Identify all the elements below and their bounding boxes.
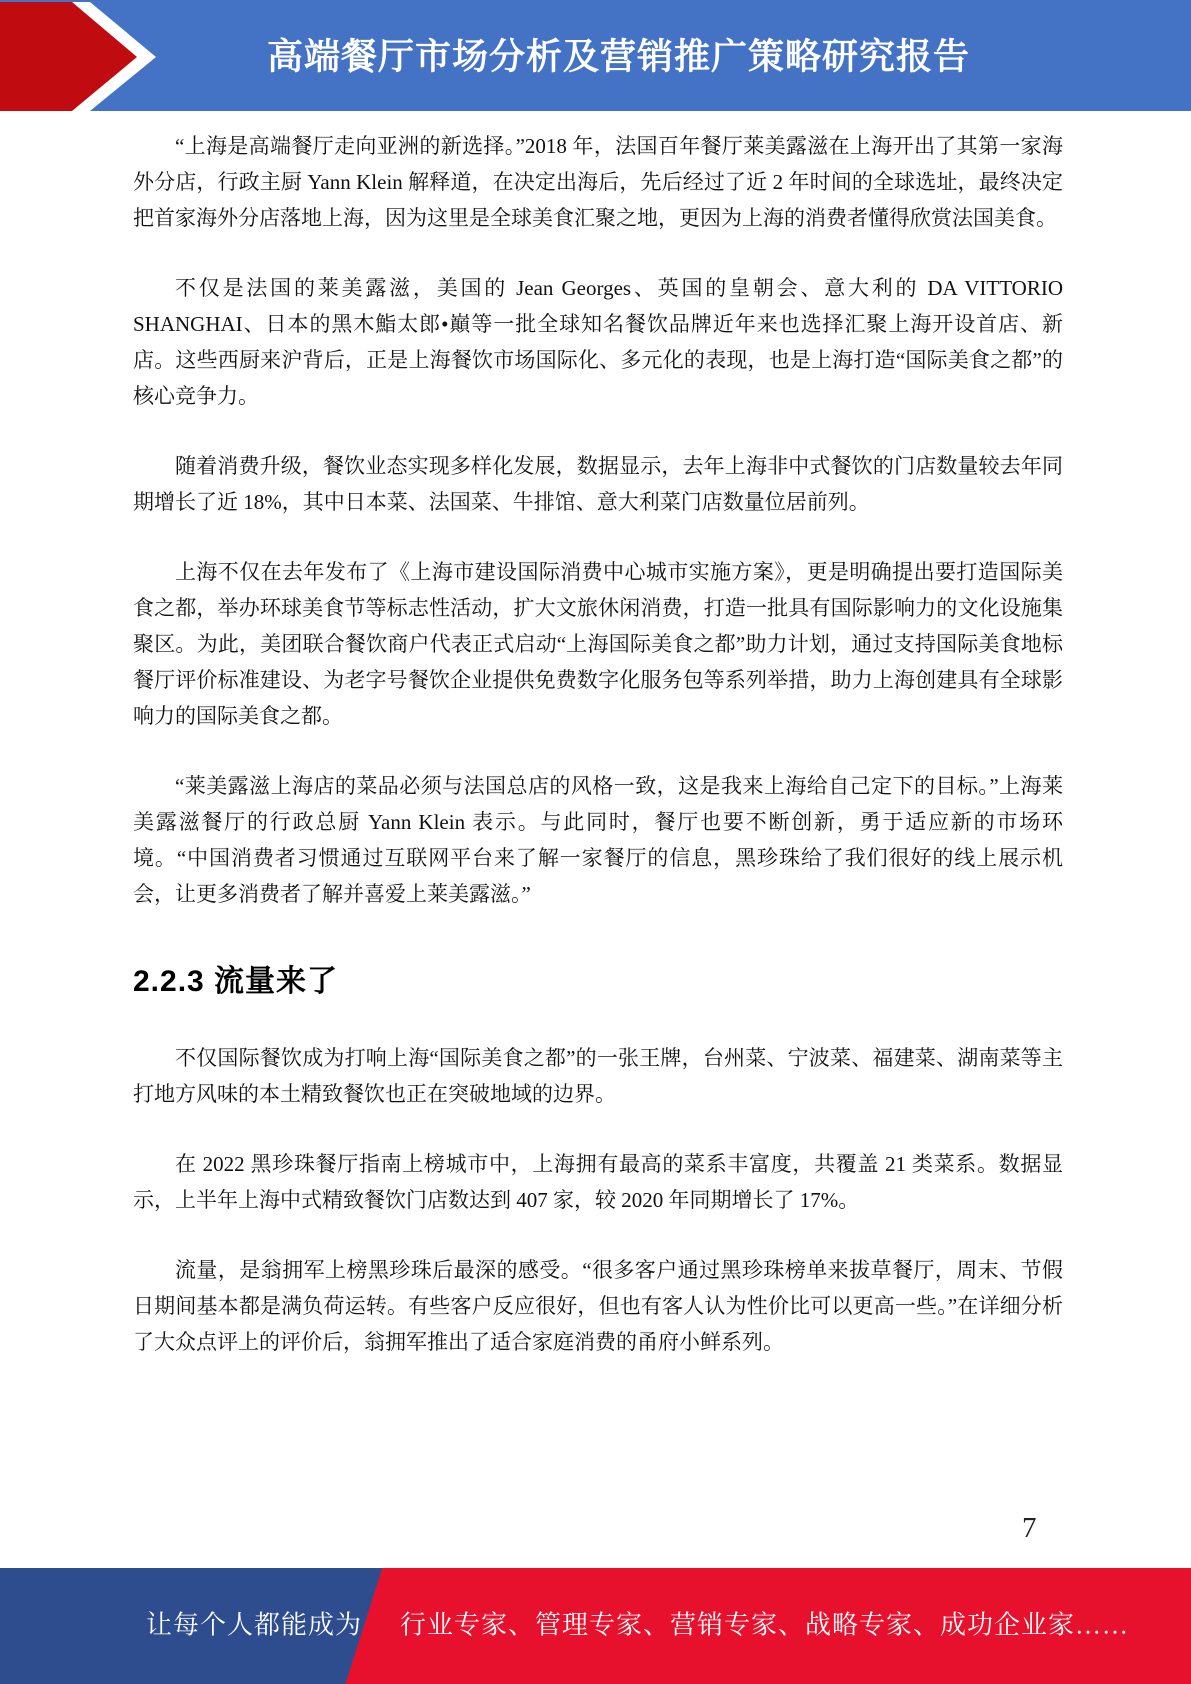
- paragraph-5: “莱美露滋上海店的菜品必须与法国总店的风格一致，这是我来上海给自己定下的目标。”…: [133, 768, 1063, 912]
- document-page: 高端餐厅市场分析及营销推广策略研究报告 “上海是高端餐厅走向亚洲的新选择。”20…: [0, 0, 1191, 1684]
- paragraph-1: “上海是高端餐厅走向亚洲的新选择。”2018 年，法国百年餐厅莱美露滋在上海开出…: [133, 128, 1063, 236]
- report-title: 高端餐厅市场分析及营销推广策略研究报告: [0, 28, 1191, 79]
- page-footer: 让每个人都能成为 行业专家、管理专家、营销专家、战略专家、成功企业家……: [0, 1568, 1191, 1684]
- paragraph-2: 不仅是法国的莱美露滋，美国的 Jean Georges、英国的皇朝会、意大利的 …: [133, 270, 1063, 414]
- page-body: “上海是高端餐厅走向亚洲的新选择。”2018 年，法国百年餐厅莱美露滋在上海开出…: [133, 128, 1063, 1394]
- paragraph-4: 上海不仅在去年发布了《上海市建设国际消费中心城市实施方案》，更是明确提出要打造国…: [133, 554, 1063, 734]
- page-number: 7: [1022, 1512, 1037, 1545]
- section-paragraph-3: 流量，是翁拥军上榜黑珍珠后最深的感受。“很多客户通过黑珍珠榜单来拔草餐厅，周末、…: [133, 1252, 1063, 1360]
- report-header: 高端餐厅市场分析及营销推广策略研究报告: [0, 0, 1191, 111]
- footer-slogan-left: 让每个人都能成为: [146, 1605, 362, 1642]
- section-paragraph-1: 不仅国际餐饮成为打响上海“国际美食之都”的一张王牌，台州菜、宁波菜、福建菜、湖南…: [133, 1040, 1063, 1112]
- footer-slogan-right: 行业专家、管理专家、营销专家、战略专家、成功企业家……: [400, 1605, 1129, 1642]
- section-paragraph-2: 在 2022 黑珍珠餐厅指南上榜城市中，上海拥有最高的菜系丰富度，共覆盖 21 …: [133, 1146, 1063, 1218]
- section-heading: 2.2.3 流量来了: [133, 956, 1063, 1000]
- paragraph-3: 随着消费升级，餐饮业态实现多样化发展，数据显示，去年上海非中式餐饮的门店数量较去…: [133, 448, 1063, 520]
